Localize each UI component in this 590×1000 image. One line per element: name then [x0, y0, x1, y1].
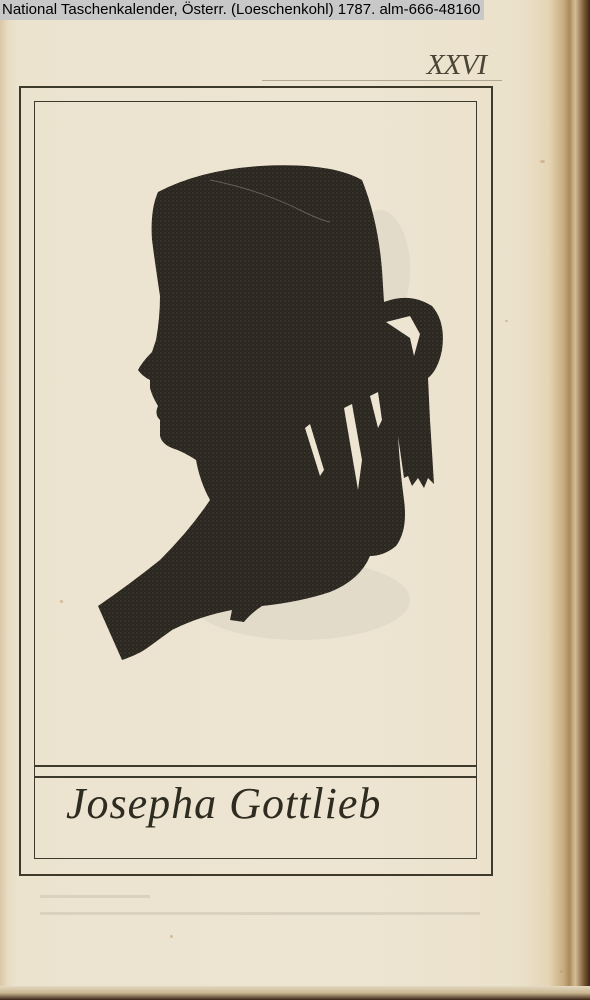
- bleed-through-text: [40, 912, 480, 915]
- portrait-name-caption: Josepha Gottlieb: [66, 778, 381, 829]
- silhouette-portrait: [0, 0, 590, 1000]
- bleed-through-text: [40, 895, 150, 898]
